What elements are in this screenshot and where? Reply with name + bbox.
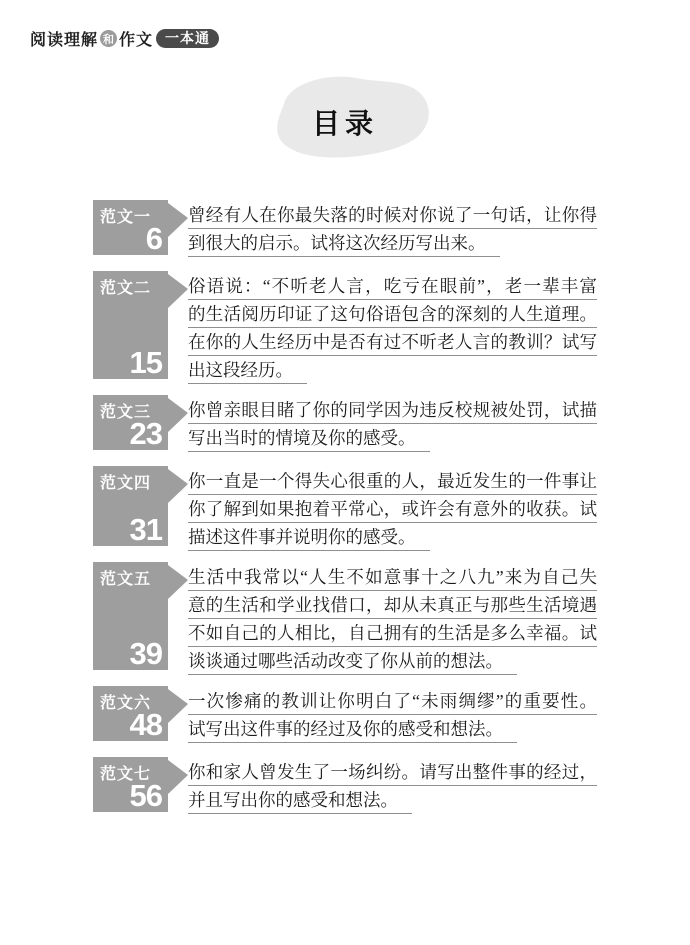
entry-page-number: 39 bbox=[130, 638, 162, 669]
entry-page-number: 48 bbox=[130, 709, 162, 740]
entry-label: 范文一 bbox=[100, 204, 151, 227]
entry-text-line: 你一直是一个得失心很重的人，最近发生的一件事让 bbox=[188, 467, 597, 495]
entry-arrow-icon bbox=[168, 689, 188, 723]
toc-entry: 范文一 6 曾经有人在你最失落的时候对你说了一句话，让你得到很大的启示。试将这次… bbox=[93, 200, 597, 260]
entry-tab: 范文六 48 bbox=[93, 686, 168, 741]
entry-description: 俗语说：“不听老人言，吃亏在眼前”，老一辈丰富的生活阅历印证了这句俗语包含的深刻… bbox=[188, 271, 597, 384]
entry-text-line: 出这段经历。 bbox=[188, 356, 307, 384]
entry-text-line: 并且写出你的感受和想法。 bbox=[188, 786, 412, 814]
entry-label: 范文二 bbox=[100, 275, 151, 298]
entry-label: 范文四 bbox=[100, 470, 151, 493]
toc-title: 目录 bbox=[256, 102, 434, 142]
entry-arrow-icon bbox=[168, 760, 188, 794]
book-header: 阅读理解 和 作文 一本通 bbox=[30, 27, 219, 50]
entry-text-line: 生活中我常以“人生不如意事十之八九”来为自己失 bbox=[188, 563, 597, 591]
header-series-badge: 一本通 bbox=[156, 29, 219, 48]
entry-description: 你和家人曾发生了一场纠纷。请写出整件事的经过，并且写出你的感受和想法。 bbox=[188, 757, 597, 817]
entry-text-line: 曾经有人在你最失落的时候对你说了一句话，让你得 bbox=[188, 201, 597, 229]
entry-text-line: 一次惨痛的教训让你明白了“未雨绸缪”的重要性。 bbox=[188, 687, 597, 715]
toc-entry: 范文三 23 你曾亲眼目睹了你的同学因为违反校规被处罚，试描写出当时的情境及你的… bbox=[93, 395, 597, 455]
entry-description: 曾经有人在你最失落的时候对你说了一句话，让你得到很大的启示。试将这次经历写出来。 bbox=[188, 200, 597, 260]
entry-tab: 范文一 6 bbox=[93, 200, 168, 255]
header-connector-badge: 和 bbox=[100, 30, 117, 47]
entry-description: 一次惨痛的教训让你明白了“未雨绸缪”的重要性。试写出这件事的经过及你的感受和想法… bbox=[188, 686, 597, 746]
book-page: 阅读理解 和 作文 一本通 目录 范文一 6 曾经有人在你最失落的时候对你说了一… bbox=[0, 0, 690, 945]
toc-entry: 范文七 56 你和家人曾发生了一场纠纷。请写出整件事的经过，并且写出你的感受和想… bbox=[93, 757, 597, 817]
toc-entry: 范文六 48 一次惨痛的教训让你明白了“未雨绸缪”的重要性。试写出这件事的经过及… bbox=[93, 686, 597, 746]
entry-page-number: 23 bbox=[130, 418, 162, 449]
entry-arrow-icon bbox=[168, 469, 188, 503]
entry-text-line: 你曾亲眼目睹了你的同学因为违反校规被处罚，试描 bbox=[188, 396, 597, 424]
entry-page-number: 56 bbox=[130, 780, 162, 811]
entry-tab: 范文二 15 bbox=[93, 271, 168, 379]
entry-text-line: 谈谈通过哪些活动改变了你从前的想法。 bbox=[188, 647, 517, 675]
toc-entries: 范文一 6 曾经有人在你最失落的时候对你说了一句话，让你得到很大的启示。试将这次… bbox=[93, 200, 597, 817]
toc-title-blob: 目录 bbox=[256, 72, 434, 160]
entry-arrow-icon bbox=[168, 203, 188, 237]
entry-page-number: 31 bbox=[130, 514, 162, 545]
entry-text-line: 你和家人曾发生了一场纠纷。请写出整件事的经过， bbox=[188, 758, 597, 786]
header-title-suffix: 作文 bbox=[119, 27, 153, 50]
toc-entry: 范文四 31 你一直是一个得失心很重的人，最近发生的一件事让你了解到如果抱着平常… bbox=[93, 466, 597, 551]
entry-tab: 范文三 23 bbox=[93, 395, 168, 450]
entry-page-number: 6 bbox=[146, 223, 162, 254]
entry-text-line: 到很大的启示。试将这次经历写出来。 bbox=[188, 229, 500, 257]
entry-text-line: 在你的人生经历中是否有过不听老人言的教训？试写 bbox=[188, 328, 597, 356]
entry-text-line: 写出当时的情境及你的感受。 bbox=[188, 424, 430, 452]
toc-entry: 范文五 39 生活中我常以“人生不如意事十之八九”来为自己失意的生活和学业找借口… bbox=[93, 562, 597, 675]
entry-tab: 范文五 39 bbox=[93, 562, 168, 670]
entry-text-line: 俗语说：“不听老人言，吃亏在眼前”，老一辈丰富 bbox=[188, 272, 597, 300]
toc-entry: 范文二 15 俗语说：“不听老人言，吃亏在眼前”，老一辈丰富的生活阅历印证了这句… bbox=[93, 271, 597, 384]
entry-tab: 范文七 56 bbox=[93, 757, 168, 812]
entry-text-line: 意的生活和学业找借口，却从未真正与那些生活境遇 bbox=[188, 591, 597, 619]
entry-text-line: 你了解到如果抱着平常心，或许会有意外的收获。试 bbox=[188, 495, 597, 523]
entry-arrow-icon bbox=[168, 398, 188, 432]
header-title-prefix: 阅读理解 bbox=[30, 27, 98, 50]
entry-tab: 范文四 31 bbox=[93, 466, 168, 546]
entry-label: 范文五 bbox=[100, 566, 151, 589]
entry-arrow-icon bbox=[168, 565, 188, 599]
entry-arrow-icon bbox=[168, 274, 188, 308]
entry-text-line: 的生活阅历印证了这句俗语包含的深刻的人生道理。 bbox=[188, 300, 597, 328]
entry-description: 你一直是一个得失心很重的人，最近发生的一件事让你了解到如果抱着平常心，或许会有意… bbox=[188, 466, 597, 551]
entry-text-line: 不如自己的人相比，自己拥有的生活是多么幸福。试 bbox=[188, 619, 597, 647]
entry-description: 生活中我常以“人生不如意事十之八九”来为自己失意的生活和学业找借口，却从未真正与… bbox=[188, 562, 597, 675]
entry-text-line: 试写出这件事的经过及你的感受和想法。 bbox=[188, 715, 517, 743]
entry-description: 你曾亲眼目睹了你的同学因为违反校规被处罚，试描写出当时的情境及你的感受。 bbox=[188, 395, 597, 455]
entry-page-number: 15 bbox=[130, 347, 162, 378]
entry-text-line: 描述这件事并说明你的感受。 bbox=[188, 523, 430, 551]
